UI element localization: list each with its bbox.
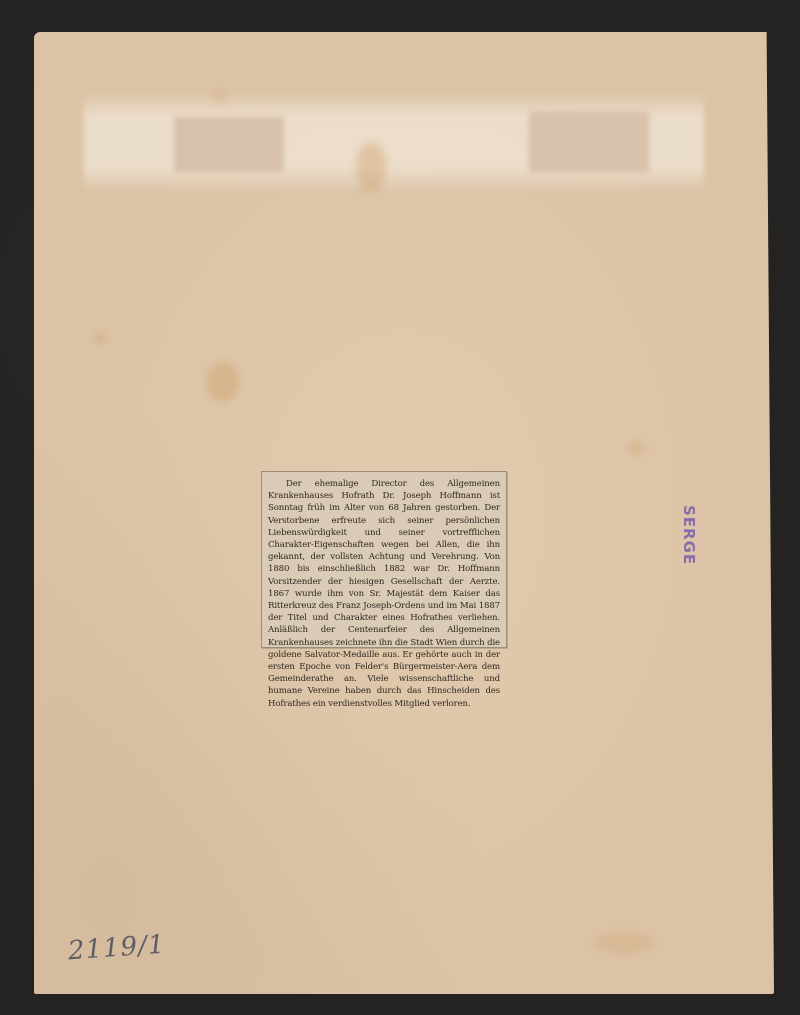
clipping-text: Der ehemalige Director des Allgemeinen K… — [268, 478, 500, 710]
glue-residue — [174, 117, 284, 172]
stain — [214, 92, 224, 102]
serge-stamp: SERGE — [680, 505, 698, 565]
glue-residue — [529, 112, 649, 172]
newspaper-clipping: Der ehemalige Director des Allgemeinen K… — [261, 471, 507, 648]
stain — [356, 142, 386, 192]
stain — [594, 932, 654, 954]
stain — [94, 332, 106, 344]
stain — [206, 362, 240, 402]
stain — [629, 442, 643, 454]
